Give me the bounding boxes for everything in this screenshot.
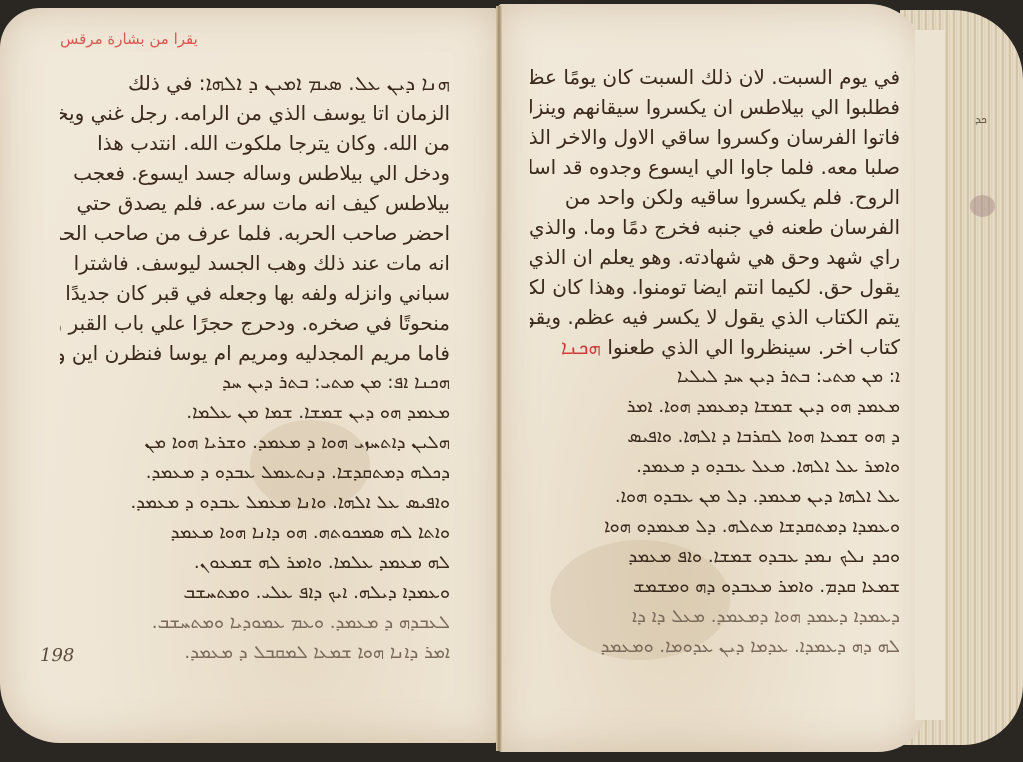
ink-blot — [970, 195, 995, 217]
book-gutter — [496, 6, 502, 751]
text-line: يقول حق. لكيما انتم ايضا تومنوا. وهذا كا… — [530, 272, 900, 302]
syriac-line: ܘܐܡܪ ܥܠ ܐܠܗܐ. ܡܥܠ ܥܒܕܘ ܕ ܡܥܡܕ. — [530, 452, 900, 482]
syriac-line: ܡܥܡܕ ܗܘ ܕܝܢ ܫܡܫܐ. ܫܡܐ ܡܢ ܥܠܡܐ. — [60, 398, 450, 428]
syriac-line: ܘܐܦܝܣ ܥܠ ܐܠܗܐ. ܘܐܢܐ ܡܥܡܠ ܥܒܕܘ ܕ ܡܥܡܕ. — [60, 488, 450, 518]
syriac-line: ܠܥܒܕܗ ܕ ܡܥܡܕ. ܘܥܡ ܥܡܘܕܝܐ ܘܡܬܚܫܒ. — [60, 608, 450, 638]
text-line: انه مات عند ذلك وهب الجسد ليوسف. فاشترا — [60, 248, 450, 278]
text-line-main: كتاب اخر. سينظروا الي الذي طعنوا — [607, 335, 900, 359]
text-line: الزمان اتا يوسف الذي من الرامه. رجل غني … — [60, 98, 450, 128]
syriac-line: ܕܥܡܕܐ ܕܥܡܕ ܗܘܐ ܕܡܥܡܕ. ܡܥܠ ܕܐ ܕܐ — [530, 602, 900, 632]
text-line: فاتوا الفرسان وكسروا ساقي الاول والاخر ا… — [530, 122, 900, 152]
syriac-line: ܕ ܗܘ ܫܡܥܐ ܗܘܐ ܠܩܪܒܐ ܕ ܐܠܗܐ. ܘܐܦܝܣ — [530, 422, 900, 452]
text-line: كتاب اخر. سينظروا الي الذي طعنوا ܗܟܢܐ — [530, 332, 900, 362]
text-line: صلبا معه. فلما جاوا الي ايسوع وجدوه قد ا… — [530, 152, 900, 182]
text-line: الفرسان طعنه في جنبه فخرج دمًا وما. والذ… — [530, 212, 900, 242]
margin-note: ܟܕ — [975, 112, 987, 127]
right-page-text: في يوم السبت. لان ذلك السبت كان يومًا عظ… — [530, 62, 900, 662]
text-line: بيلاطس كيف انه مات سرعه. فلم يصدق حتي — [60, 188, 450, 218]
rubric-tail: ܗܟܢܐ — [561, 335, 601, 359]
text-line: راي شهد وحق هي شهادته. وهو يعلم ان الذي — [530, 242, 900, 272]
syriac-line: ܫܡܥܐ ܩܕܡ. ܘܐܡܪ ܡܥܒܕܘ ܕܗ ܘܡܫܡܫ — [530, 572, 900, 602]
page-edge-cover — [915, 30, 945, 720]
text-line: ܗܢܐ ܕܝܢ ܥܠ. ܣܝܡ ܐܡܝܢ ܕ ܐܠܗܐ: في ذلك — [60, 68, 450, 98]
syriac-line: ܥܠ ܐܠܗܐ ܕܝܢ ܡܥܡܕ. ܕܠ ܡܢ ܥܒܕܘ ܗܘܐ. — [530, 482, 900, 512]
text-line: من الله. وكان يترجا ملكوت الله. انتدب هذ… — [60, 128, 450, 158]
syriac-line: ܘܐܬܐ ܠܗ ܣܡܟܘܬܗ. ܗܘ ܕܐܢܐ ܗܘܐ ܡܥܡܕ — [60, 518, 450, 548]
text-line: فاما مريم المجدليه ومريم ام يوسا فنظرن ا… — [60, 338, 450, 368]
syriac-line: ܡܥܡܕ ܗܘ ܕܝܢ ܫܡܫܐ ܕܡܥܡܕ ܗܘܐ. ܐܡܪ — [530, 392, 900, 422]
syriac-line: ܘܥܡܕܐ ܕܡܬܩܕܫܐ ܡܬܠܗ. ܕܠ ܡܥܡܕܘ ܗܘܐ — [530, 512, 900, 542]
syriac-line: ܘܥܡܕܐ ܕܝܠܗ. ܐܝܟ ܕܐܦ ܥܠܝ. ܘܡܬܚܫܒ — [60, 578, 450, 608]
folio-number: 198 — [40, 645, 74, 666]
open-manuscript: يقرا من بشارة مرقس ܟܕ ܗܢܐ ܕܝܢ ܥܠ. ܣܝܡ ܐܡ… — [0, 0, 1023, 762]
text-line: في يوم السبت. لان ذلك السبت كان يومًا عظ… — [530, 62, 900, 92]
syriac-line: ܠܗ ܡܥܡܕ ܥܠܡܐ. ܘܐܡܪ ܠܗ ܫܡܥܘܢ. — [60, 548, 450, 578]
text-line: ودخل الي بيلاطس وساله جسد ايسوع. فعجب — [60, 158, 450, 188]
syriac-line: ܘܟܕ ܢܠܟ ܢܡܕ ܥܒܕܘ ܫܡܫܐ. ܘܐܦ ܡܥܡܕ — [530, 542, 900, 572]
text-line: الروح. فلم يكسروا ساقيه ولكن واحد من — [530, 182, 900, 212]
text-line: احضر صاحب الحربه. فلما عرف من صاحب الحرب… — [60, 218, 450, 248]
rubric-heading: يقرا من بشارة مرقس — [60, 30, 198, 48]
syriac-line: ܐܡܪ ܕܐܢܐ ܗܘܐ ܫܡܥܐ ܠܡܩܒܠ ܕ ܡܥܡܕ. — [60, 638, 450, 668]
text-line: يتم الكتاب الذي يقول لا يكسر فيه عظم. وي… — [530, 302, 900, 332]
text-line: سباني وانزله ولفه بها وجعله في قبر كان ج… — [60, 278, 450, 308]
syriac-line: ܗܠܝܢ ܕܐܬܚܙܝ ܗܘܐ ܕ ܡܥܡܕ. ܘܫܪܝܐ ܗܘܐ ܡܢ — [60, 428, 450, 458]
rubric-line: ܗܟܢܐ ܐܦ: ܡܢ ܡܬܝ: ܒܬܪ ܕܝܢ ܚܕ — [60, 368, 450, 398]
text-line: منحوتًا في صخره. ودحرج حجرًا علي باب الق… — [60, 308, 450, 338]
syriac-line: ܕܟܠܗ ܕܡܬܩܕܫܐ. ܕܢܬܥܡܠ ܥܒܕܘ ܕ ܡܥܡܕ. — [60, 458, 450, 488]
syriac-line: ܠܗ ܕܗ ܕܥܡܕܐ. ܥܕܡܐ ܕܝܢ ܥܕܘܡܐ. ܘܡܥܡܕ — [530, 632, 900, 662]
text-line: فطلبوا الي بيلاطس ان يكسروا سيقانهم وينز… — [530, 92, 900, 122]
rubric-line: ܐ: ܡܢ ܡܬܝ: ܒܬܪ ܕܝܢ ܚܕ ܠܝܠܝܐ — [530, 362, 900, 392]
left-page-text: ܗܢܐ ܕܝܢ ܥܠ. ܣܝܡ ܐܡܝܢ ܕ ܐܠܗܐ: في ذلك الزم… — [60, 68, 450, 668]
